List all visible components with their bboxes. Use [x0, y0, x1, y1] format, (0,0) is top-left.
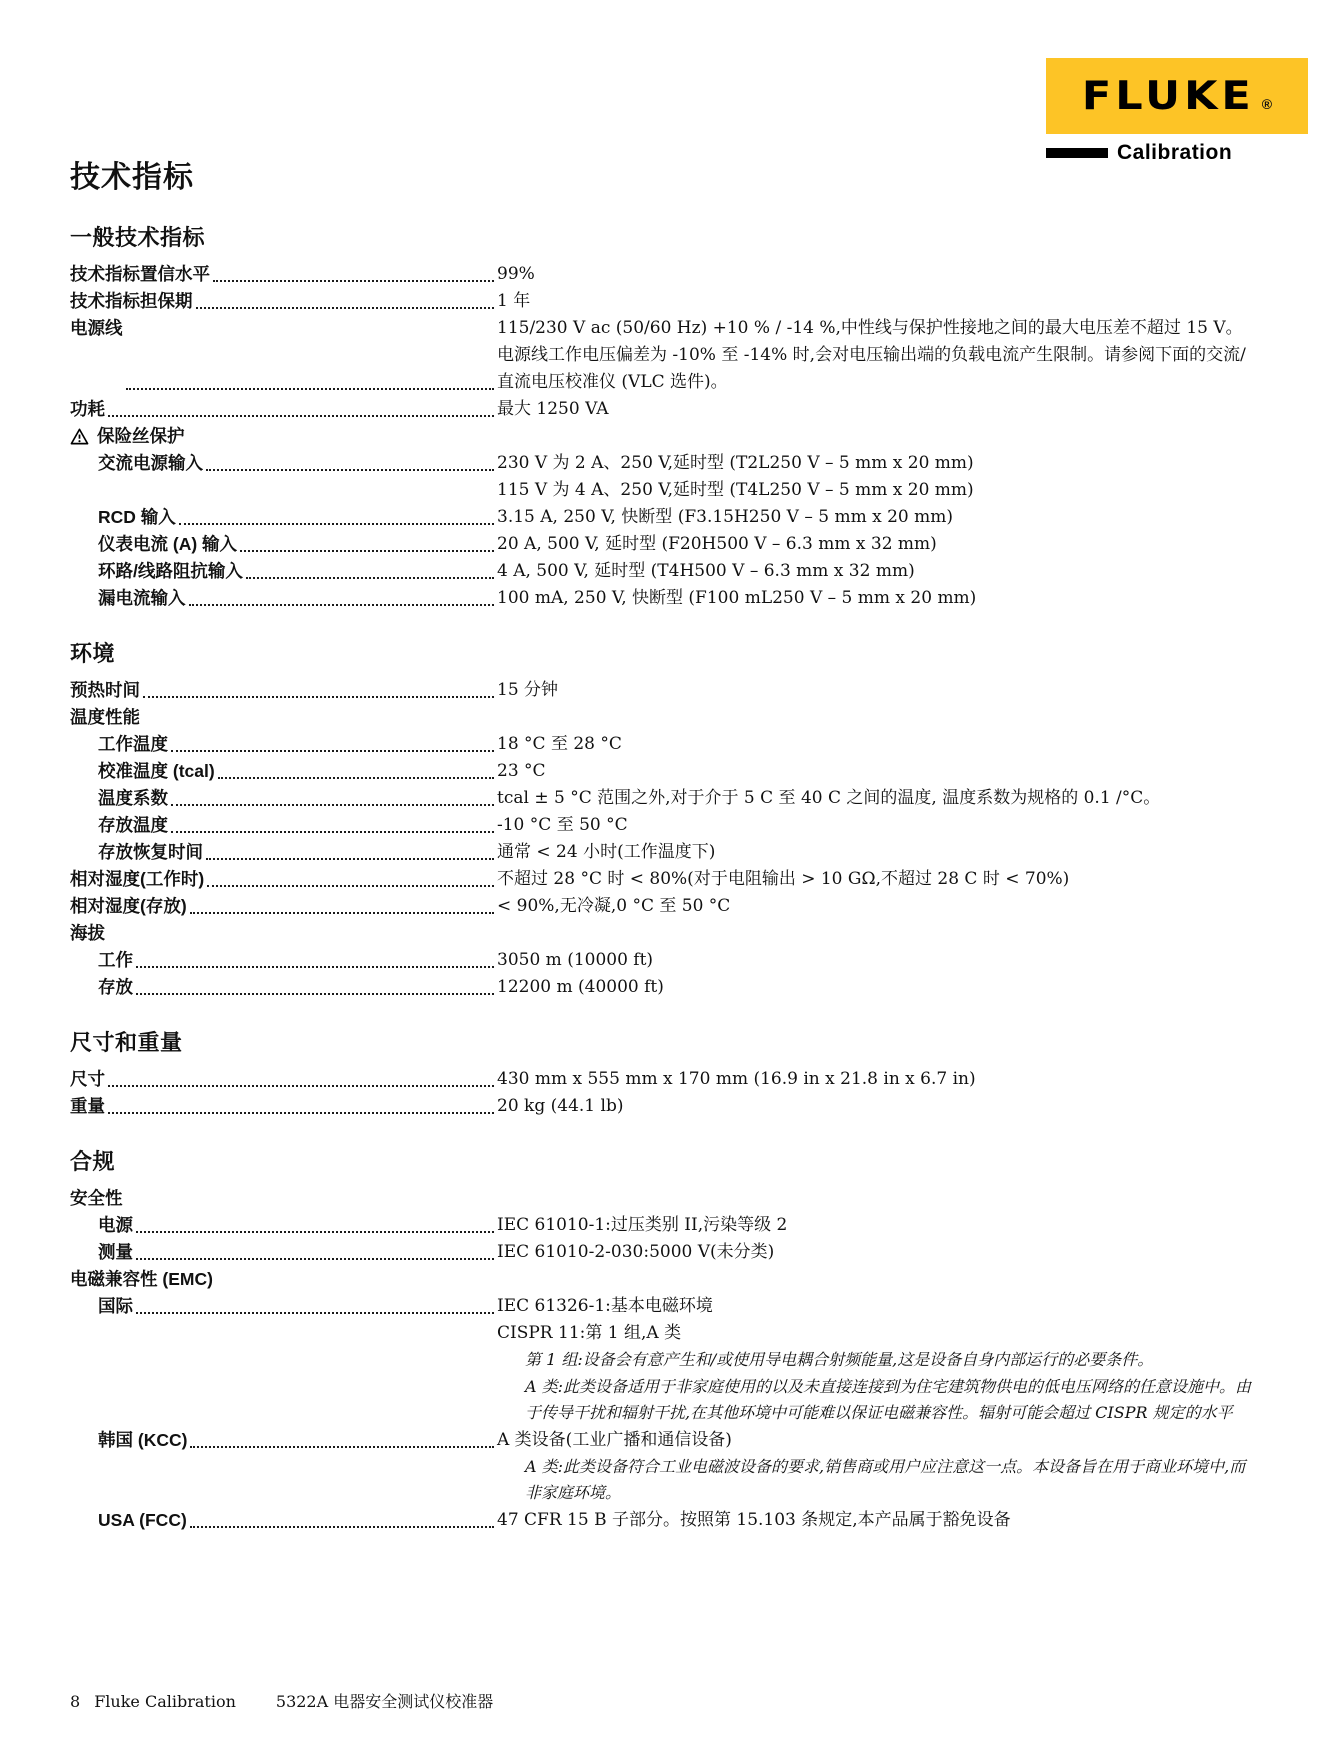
dotted-leader	[108, 396, 494, 417]
dotted-leader	[179, 504, 494, 525]
fluke-logo: FLUKE ® Calibration	[1046, 58, 1308, 165]
page-footer: 8Fluke Calibration5322A 电器安全测试仪校准器	[70, 1689, 493, 1712]
spec-row: 仪表电流 (A) 输入 20 A, 500 V, 延时型 (F20H500 V …	[70, 531, 1255, 558]
spec-subheading-label: 海拔	[70, 920, 105, 947]
spec-value: 430 mm x 555 mm x 170 mm (16.9 in x 21.8…	[497, 1066, 1255, 1093]
dotted-leader	[171, 731, 494, 752]
spec-subheading-label: 安全性	[70, 1185, 123, 1212]
dotted-leader	[213, 261, 494, 282]
spec-value: IEC 61010-2-030:5000 V(未分类)	[497, 1239, 1255, 1266]
spec-label: USA (FCC)	[98, 1507, 187, 1534]
spec-continuation-row: CISPR 11:第 1 组,A 类	[70, 1320, 1255, 1347]
document-content: 技术指标 一般技术指标 技术指标置信水平 99% 技术指标担保期 1 年 电源线…	[70, 152, 1255, 1534]
page-title: 技术指标	[70, 152, 1255, 196]
spec-value: 100 mA, 250 V, 快断型 (F100 mL250 V – 5 mm …	[497, 585, 1255, 612]
spec-label: 技术指标置信水平	[70, 261, 210, 288]
spec-value: IEC 61010-1:过压类别 II,污染等级 2	[497, 1212, 1255, 1239]
dotted-leader	[218, 758, 494, 779]
dotted-leader	[108, 1093, 494, 1114]
spec-label: 技术指标担保期	[70, 288, 193, 315]
dotted-leader	[171, 785, 494, 806]
spec-row: 重量 20 kg (44.1 lb)	[70, 1093, 1255, 1120]
dotted-leader	[136, 1239, 494, 1260]
spec-label: 功耗	[70, 396, 105, 423]
dotted-leader	[189, 585, 495, 606]
spec-label: 校准温度 (tcal)	[98, 758, 215, 785]
spec-row: 国际 IEC 61326-1:基本电磁环境	[70, 1293, 1255, 1320]
spec-label: 相对湿度(工作时)	[70, 866, 204, 893]
fluke-logo-wordmark: FLUKE	[1082, 73, 1255, 119]
spec-label: 测量	[98, 1239, 133, 1266]
spec-subheading-fuse-protection: 保险丝保护	[70, 423, 1255, 450]
section-heading-size-weight: 尺寸和重量	[70, 1026, 1255, 1057]
spec-row: 存放恢复时间 通常 < 24 小时(工作温度下)	[70, 839, 1255, 866]
footer-product: 5322A 电器安全测试仪校准器	[276, 1692, 493, 1711]
spec-label: 韩国 (KCC)	[98, 1427, 187, 1454]
spec-subheading-temperature: 温度性能	[70, 704, 1255, 731]
warning-icon	[70, 427, 89, 446]
dotted-leader	[143, 677, 494, 698]
spec-value: 115/230 V ac (50/60 Hz) +10 % / -14 %,中性…	[497, 315, 1255, 396]
dotted-leader	[207, 866, 494, 887]
dotted-leader	[246, 558, 494, 579]
section-heading-general: 一般技术指标	[70, 221, 1255, 252]
spec-label: 工作温度	[98, 731, 168, 758]
spec-value: IEC 61326-1:基本电磁环境	[497, 1293, 1255, 1320]
spec-row: 技术指标担保期 1 年	[70, 288, 1255, 315]
spec-label: 电源	[98, 1212, 133, 1239]
spec-value: 230 V 为 2 A、250 V,延时型 (T2L250 V – 5 mm x…	[497, 450, 1255, 477]
spec-value: CISPR 11:第 1 组,A 类	[497, 1320, 1255, 1347]
spec-label: 温度系数	[98, 785, 168, 812]
spec-subheading-label: 电磁兼容性 (EMC)	[70, 1266, 213, 1293]
spec-value: 1 年	[497, 288, 1255, 315]
spec-row: 交流电源输入 230 V 为 2 A、250 V,延时型 (T2L250 V –…	[70, 450, 1255, 477]
spec-value: 最大 1250 VA	[497, 396, 1255, 423]
spec-value: 15 分钟	[497, 677, 1255, 704]
spec-row: USA (FCC) 47 CFR 15 B 子部分。按照第 15.103 条规定…	[70, 1507, 1255, 1534]
spec-label: 环路/线路阻抗输入	[98, 558, 243, 585]
spec-value: 通常 < 24 小时(工作温度下)	[497, 839, 1255, 866]
spec-row: 技术指标置信水平 99%	[70, 261, 1255, 288]
fluke-logo-box: FLUKE ®	[1046, 58, 1308, 134]
spec-row: 预热时间 15 分钟	[70, 677, 1255, 704]
dotted-leader	[136, 1293, 494, 1314]
spec-label: 漏电流输入	[98, 585, 186, 612]
spec-row: 存放 12200 m (40000 ft)	[70, 974, 1255, 1001]
dotted-leader	[190, 1507, 494, 1528]
spec-row: 校准温度 (tcal) 23 °C	[70, 758, 1255, 785]
spec-row: 环路/线路阻抗输入 4 A, 500 V, 延时型 (T4H500 V – 6.…	[70, 558, 1255, 585]
spec-row: 尺寸 430 mm x 555 mm x 170 mm (16.9 in x 2…	[70, 1066, 1255, 1093]
spec-row: 工作 3050 m (10000 ft)	[70, 947, 1255, 974]
spec-row: 电源线 115/230 V ac (50/60 Hz) +10 % / -14 …	[70, 315, 1255, 396]
spec-value: A 类设备(工业广播和通信设备)	[497, 1427, 1255, 1454]
spec-value: 20 kg (44.1 lb)	[497, 1093, 1255, 1120]
spec-value: < 90%,无冷凝,0 °C 至 50 °C	[497, 893, 1255, 920]
spec-label: RCD 输入	[98, 504, 176, 531]
spec-label: 尺寸	[70, 1066, 105, 1093]
spec-row: 电源 IEC 61010-1:过压类别 II,污染等级 2	[70, 1212, 1255, 1239]
spec-value: -10 °C 至 50 °C	[497, 812, 1255, 839]
spec-row: 韩国 (KCC) A 类设备(工业广播和通信设备)	[70, 1427, 1255, 1454]
dotted-leader	[108, 1066, 494, 1087]
spec-row: 漏电流输入 100 mA, 250 V, 快断型 (F100 mL250 V –…	[70, 585, 1255, 612]
spec-subheading-label: 温度性能	[70, 704, 140, 731]
spec-row: 测量 IEC 61010-2-030:5000 V(未分类)	[70, 1239, 1255, 1266]
spec-label: 交流电源输入	[98, 450, 203, 477]
spec-subheading-emc: 电磁兼容性 (EMC)	[70, 1266, 1255, 1293]
dotted-leader	[190, 1427, 494, 1448]
spec-subheading-label: 保险丝保护	[97, 423, 185, 450]
spec-value: 23 °C	[497, 758, 1255, 785]
spec-note: A 类:此类设备符合工业电磁波设备的要求,销售商或用户应注意这一点。本设备旨在用…	[525, 1454, 1255, 1507]
spec-value: 99%	[497, 261, 1255, 288]
spec-value: 20 A, 500 V, 延时型 (F20H500 V – 6.3 mm x 3…	[497, 531, 1255, 558]
spec-row: 温度系数 tcal ± 5 °C 范围之外,对于介于 5 C 至 40 C 之间…	[70, 785, 1255, 812]
spec-row: 相对湿度(存放) < 90%,无冷凝,0 °C 至 50 °C	[70, 893, 1255, 920]
spec-row: 功耗 最大 1250 VA	[70, 396, 1255, 423]
spec-value: 4 A, 500 V, 延时型 (T4H500 V – 6.3 mm x 32 …	[497, 558, 1255, 585]
dotted-leader	[240, 531, 494, 552]
spec-label: 仪表电流 (A) 输入	[98, 531, 237, 558]
dotted-leader	[190, 893, 494, 914]
spec-subheading-altitude: 海拔	[70, 920, 1255, 947]
leader-spacer	[73, 1320, 494, 1341]
spec-subheading-safety: 安全性	[70, 1185, 1255, 1212]
spec-value: 3050 m (10000 ft)	[497, 947, 1255, 974]
spec-label: 存放恢复时间	[98, 839, 203, 866]
spec-row: 相对湿度(工作时) 不超过 28 °C 时 < 80%(对于电阻输出 > 10 …	[70, 866, 1255, 893]
spec-label: 电源线	[70, 315, 123, 396]
dotted-leader	[206, 839, 494, 860]
spec-row: 工作温度 18 °C 至 28 °C	[70, 731, 1255, 758]
spec-row: 存放温度 -10 °C 至 50 °C	[70, 812, 1255, 839]
page-number: 8	[70, 1692, 80, 1711]
spec-value: 47 CFR 15 B 子部分。按照第 15.103 条规定,本产品属于豁免设备	[497, 1507, 1255, 1534]
spec-note: 第 1 组:设备会有意产生和/或使用导电耦合射频能量,这是设备自身内部运行的必要…	[525, 1347, 1255, 1374]
spec-value: tcal ± 5 °C 范围之外,对于介于 5 C 至 40 C 之间的温度, …	[497, 785, 1255, 812]
dotted-leader	[171, 812, 494, 833]
spec-label: 存放温度	[98, 812, 168, 839]
registered-trademark-icon: ®	[1262, 96, 1272, 112]
leader-spacer	[73, 477, 494, 498]
dotted-leader	[136, 974, 494, 995]
section-heading-environment: 环境	[70, 637, 1255, 668]
spec-value: 3.15 A, 250 V, 快断型 (F3.15H250 V – 5 mm x…	[497, 504, 1255, 531]
spec-value: 115 V 为 4 A、250 V,延时型 (T4L250 V – 5 mm x…	[497, 477, 1255, 504]
dotted-leader	[136, 947, 494, 968]
spec-continuation-row: 115 V 为 4 A、250 V,延时型 (T4L250 V – 5 mm x…	[70, 477, 1255, 504]
dotted-leader	[136, 1212, 494, 1233]
dotted-leader	[206, 450, 494, 471]
spec-label: 存放	[98, 974, 133, 1001]
spec-row: RCD 输入 3.15 A, 250 V, 快断型 (F3.15H250 V –…	[70, 504, 1255, 531]
spec-label: 重量	[70, 1093, 105, 1120]
spec-label: 相对湿度(存放)	[70, 893, 187, 920]
section-heading-compliance: 合规	[70, 1145, 1255, 1176]
spec-value: 不超过 28 °C 时 < 80%(对于电阻输出 > 10 GΩ,不超过 28 …	[497, 866, 1255, 893]
spec-value: 18 °C 至 28 °C	[497, 731, 1255, 758]
spec-label: 预热时间	[70, 677, 140, 704]
spec-value: 12200 m (40000 ft)	[497, 974, 1255, 1001]
spec-note: A 类:此类设备适用于非家庭使用的以及未直接连接到为住宅建筑物供电的低电压网络的…	[525, 1374, 1255, 1427]
footer-brand: Fluke Calibration	[94, 1692, 236, 1711]
dotted-leader	[196, 288, 495, 309]
spec-label: 国际	[98, 1293, 133, 1320]
document-page: FLUKE ® Calibration 技术指标 一般技术指标 技术指标置信水平…	[0, 0, 1320, 1760]
dotted-leader	[126, 315, 495, 390]
spec-label: 工作	[98, 947, 133, 974]
